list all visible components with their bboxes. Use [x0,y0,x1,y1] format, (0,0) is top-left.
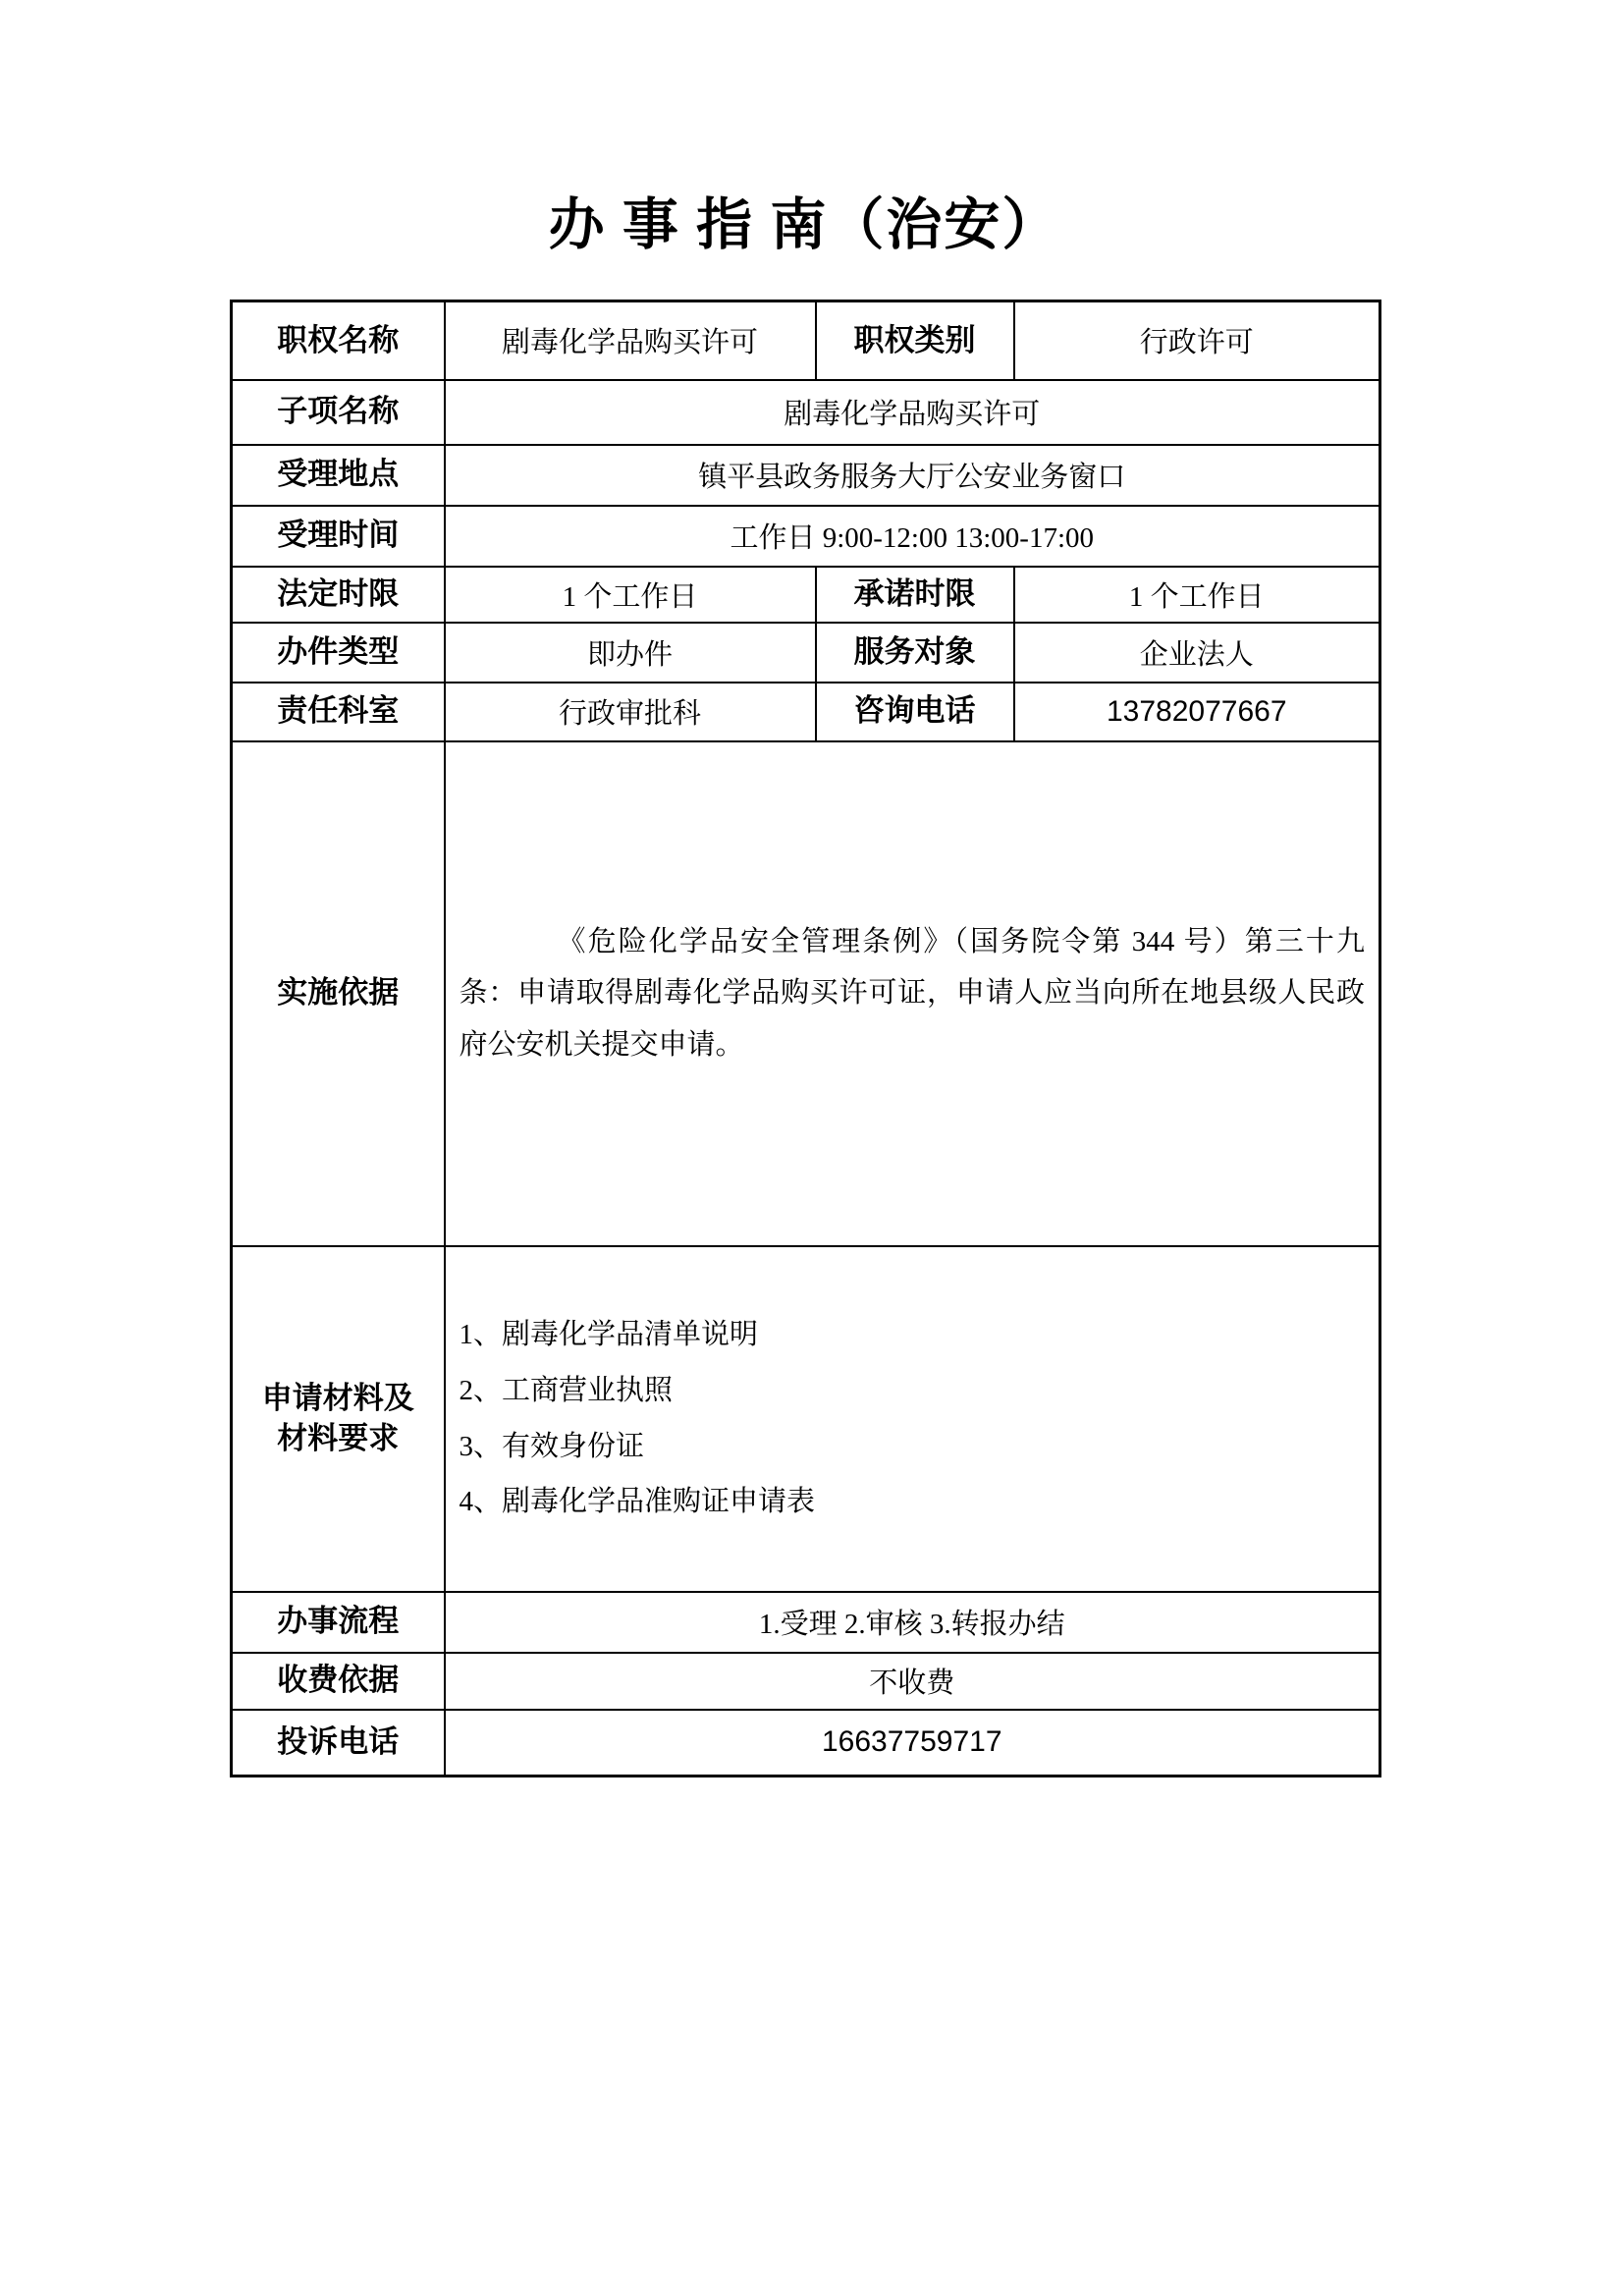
material-item: 4、剧毒化学品准购证申请表 [460,1474,1366,1530]
table-row: 投诉电话 16637759717 [232,1710,1380,1777]
table-row: 职权名称 剧毒化学品购买许可 职权类别 行政许可 [232,301,1380,380]
service-guide-table: 职权名称 剧毒化学品购买许可 职权类别 行政许可 子项名称 剧毒化学品购买许可 … [230,300,1381,1777]
material-item: 3、有效身份证 [460,1419,1366,1475]
application-materials-label-line1: 申请材料及 [233,1379,444,1418]
value-statutory-time-limit: 1 个工作日 [445,567,816,623]
table-row: 子项名称 剧毒化学品购买许可 [232,380,1380,445]
material-item: 2、工商营业执照 [460,1363,1366,1419]
table-row: 法定时限 1 个工作日 承诺时限 1 个工作日 [232,567,1380,623]
value-subitem-name: 剧毒化学品购买许可 [445,380,1380,445]
value-responsible-department: 行政审批科 [445,683,816,741]
value-handling-type: 即办件 [445,623,816,683]
value-application-materials: 1、剧毒化学品清单说明 2、工商营业执照 3、有效身份证 4、剧毒化学品准购证申… [445,1246,1380,1592]
label-application-materials: 申请材料及 材料要求 [232,1246,445,1592]
value-implementation-basis: 《危险化学品安全管理条例》（国务院令第 344 号）第三十九条：申请取得剧毒化学… [445,741,1380,1246]
label-promised-time-limit: 承诺时限 [816,567,1014,623]
value-acceptance-time: 工作日 9:00-12:00 13:00-17:00 [445,506,1380,567]
document-page: 办 事 指 南（治安） 职权名称 剧毒化学品购买许可 职权类别 行政许可 子项名… [0,0,1623,2296]
table-row: 责任科室 行政审批科 咨询电话 13782077667 [232,683,1380,741]
label-handling-type: 办件类型 [232,623,445,683]
table-row: 受理地点 镇平县政务服务大厅公安业务窗口 [232,445,1380,506]
value-acceptance-location: 镇平县政务服务大厅公安业务窗口 [445,445,1380,506]
application-materials-label-line2: 材料要求 [233,1419,444,1458]
value-fee-basis: 不收费 [445,1653,1380,1710]
value-complaint-phone: 16637759717 [445,1710,1380,1777]
label-service-object: 服务对象 [816,623,1014,683]
label-handling-process: 办事流程 [232,1592,445,1653]
label-power-type: 职权类别 [816,301,1014,380]
implementation-basis-text: 《危险化学品安全管理条例》（国务院令第 344 号）第三十九条：申请取得剧毒化学… [460,916,1366,1070]
table-row: 办事流程 1.受理 2.审核 3.转报办结 [232,1592,1380,1653]
page-title: 办 事 指 南（治安） [230,192,1379,259]
value-power-name: 剧毒化学品购买许可 [445,301,816,380]
label-subitem-name: 子项名称 [232,380,445,445]
label-acceptance-location: 受理地点 [232,445,445,506]
table-row: 申请材料及 材料要求 1、剧毒化学品清单说明 2、工商营业执照 3、有效身份证 … [232,1246,1380,1592]
value-handling-process: 1.受理 2.审核 3.转报办结 [445,1592,1380,1653]
label-complaint-phone: 投诉电话 [232,1710,445,1777]
label-statutory-time-limit: 法定时限 [232,567,445,623]
table-row: 收费依据 不收费 [232,1653,1380,1710]
label-acceptance-time: 受理时间 [232,506,445,567]
table-row: 办件类型 即办件 服务对象 企业法人 [232,623,1380,683]
label-implementation-basis: 实施依据 [232,741,445,1246]
label-fee-basis: 收费依据 [232,1653,445,1710]
value-consultation-phone: 13782077667 [1014,683,1380,741]
table-row: 受理时间 工作日 9:00-12:00 13:00-17:00 [232,506,1380,567]
label-power-name: 职权名称 [232,301,445,380]
material-item: 1、剧毒化学品清单说明 [460,1307,1366,1363]
value-service-object: 企业法人 [1014,623,1380,683]
table-row: 实施依据 《危险化学品安全管理条例》（国务院令第 344 号）第三十九条：申请取… [232,741,1380,1246]
value-power-type: 行政许可 [1014,301,1380,380]
value-promised-time-limit: 1 个工作日 [1014,567,1380,623]
label-consultation-phone: 咨询电话 [816,683,1014,741]
label-responsible-department: 责任科室 [232,683,445,741]
